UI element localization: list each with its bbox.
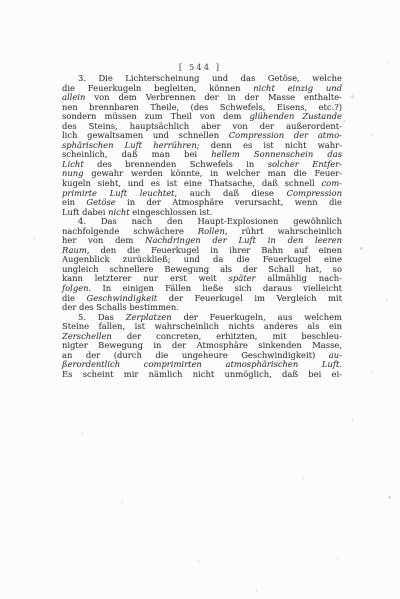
italic-text: nicht	[108, 207, 130, 217]
italic-text: allein	[62, 92, 85, 102]
roman-text: nachfolgende schwächere	[62, 226, 198, 236]
roman-text: denn es ist nicht wahr-	[200, 140, 342, 150]
roman-text: , rührt wahrscheinlich	[225, 226, 342, 236]
roman-text: in der Atmosphäre verursacht, wenn die	[116, 197, 342, 207]
roman-text: ein	[62, 197, 86, 207]
text-block: 3. Die Lichterscheinung und das Getöse, …	[62, 74, 342, 380]
italic-text: nung	[62, 168, 84, 178]
italic-text: solcher Entfer-	[268, 159, 342, 169]
roman-text: der des Schalls bestimmen.	[62, 302, 179, 312]
roman-text: allmählig nach-	[256, 273, 342, 283]
scan-noise-speckles	[0, 0, 1, 1]
roman-text: eingeschlossen ist.	[130, 207, 213, 217]
roman-text: der Feuerkugeln, aus welchem	[172, 312, 342, 322]
roman-text: kann letzterer nur erst weit	[62, 273, 229, 283]
italic-text: Raum	[62, 245, 87, 255]
roman-text: , den die Feuerkugel in ihrer Bahn auf e…	[87, 245, 342, 255]
scanned-book-page: [ 544 ] 3. Die Lichterscheinung und das …	[0, 0, 400, 599]
roman-text: Luft dabei	[62, 207, 108, 217]
roman-text: des brennenden Schwefels in	[84, 159, 268, 169]
roman-text: des Steins, hauptsächlich aber von der a…	[62, 121, 342, 131]
roman-text: die	[62, 293, 87, 303]
italic-text: folgen.	[62, 283, 91, 293]
roman-text: von dem Verbrennen der in der Masse enth…	[85, 92, 342, 102]
roman-text: 4. Das nach den Haupt-Explosionen gewöhn…	[78, 216, 342, 226]
roman-text: der concreten, erhitzten, mit beschleu-	[112, 331, 342, 341]
text-line: Es scheint mir nämlich nicht unmöglich, …	[62, 370, 342, 380]
roman-text: kugeln sieht, und es ist eine Thatsache,…	[62, 178, 321, 188]
italic-text: com-	[321, 178, 342, 188]
italic-text: ßerordentlich comprimirten atmosphärisch…	[62, 359, 342, 369]
roman-text: 5. Das	[78, 312, 126, 322]
italic-text: hellem Sonnenschein das	[211, 149, 342, 159]
roman-text: In einigen Fällen ließe sich daraus viel…	[91, 283, 342, 293]
roman-text: , auch daß diese	[175, 188, 287, 198]
roman-text: ungleich schnellere Bewegung als der Sch…	[62, 264, 342, 274]
roman-text: Es scheint mir nämlich nicht unmöglich, …	[62, 369, 342, 379]
roman-text: Steine fallen, ist wahrscheinlich nichts…	[62, 321, 342, 331]
roman-text: nigter Bewegung in der Atmosphäre sinken…	[62, 340, 342, 350]
italic-text: Getöse	[86, 197, 115, 207]
italic-text: glühenden Zustande	[249, 111, 342, 121]
italic-text: sphärischen Luft herrühren;	[62, 140, 200, 150]
italic-text: Geschwindigkeit	[87, 293, 158, 303]
page-number-header: [ 544 ]	[0, 63, 400, 73]
roman-text: sondern müssen zum Theil von dem	[62, 111, 249, 121]
roman-text: lich gewaltsamen und schnellen	[62, 130, 229, 140]
italic-text: Compression	[287, 188, 342, 198]
italic-text: nicht einzig und	[253, 83, 342, 93]
italic-text: Zerschellen	[62, 331, 112, 341]
italic-text: Zerplatzen	[126, 312, 172, 322]
italic-text: Nachdringen der Luft in den leeren	[145, 235, 342, 245]
italic-text: au-	[329, 350, 342, 360]
roman-text: gewahr werden könnte, in welcher man die…	[84, 168, 342, 178]
italic-text: Licht	[62, 159, 84, 169]
italic-text: primirte Luft leuchtet	[62, 188, 175, 198]
roman-text: 3. Die Lichterscheinung und das Getöse, …	[78, 73, 342, 83]
roman-text: die Feuerkugeln begleiten, können	[62, 83, 253, 93]
roman-text: der Feuerkugel im Vergleich mit	[157, 293, 342, 303]
italic-text: Rollen	[198, 226, 225, 236]
italic-text: später	[229, 273, 256, 283]
roman-text: an der (durch die ungeheure Geschwindigk…	[62, 350, 329, 360]
roman-text: her von dem	[62, 235, 145, 245]
roman-text: scheinlich, daß man bei	[62, 149, 211, 159]
roman-text: Augenblick zurückließ; und da die Feuerk…	[62, 254, 342, 264]
italic-text: Compression der atmo-	[229, 130, 342, 140]
roman-text: nen brennbaren Theile, (des Schwefels, E…	[62, 102, 342, 112]
